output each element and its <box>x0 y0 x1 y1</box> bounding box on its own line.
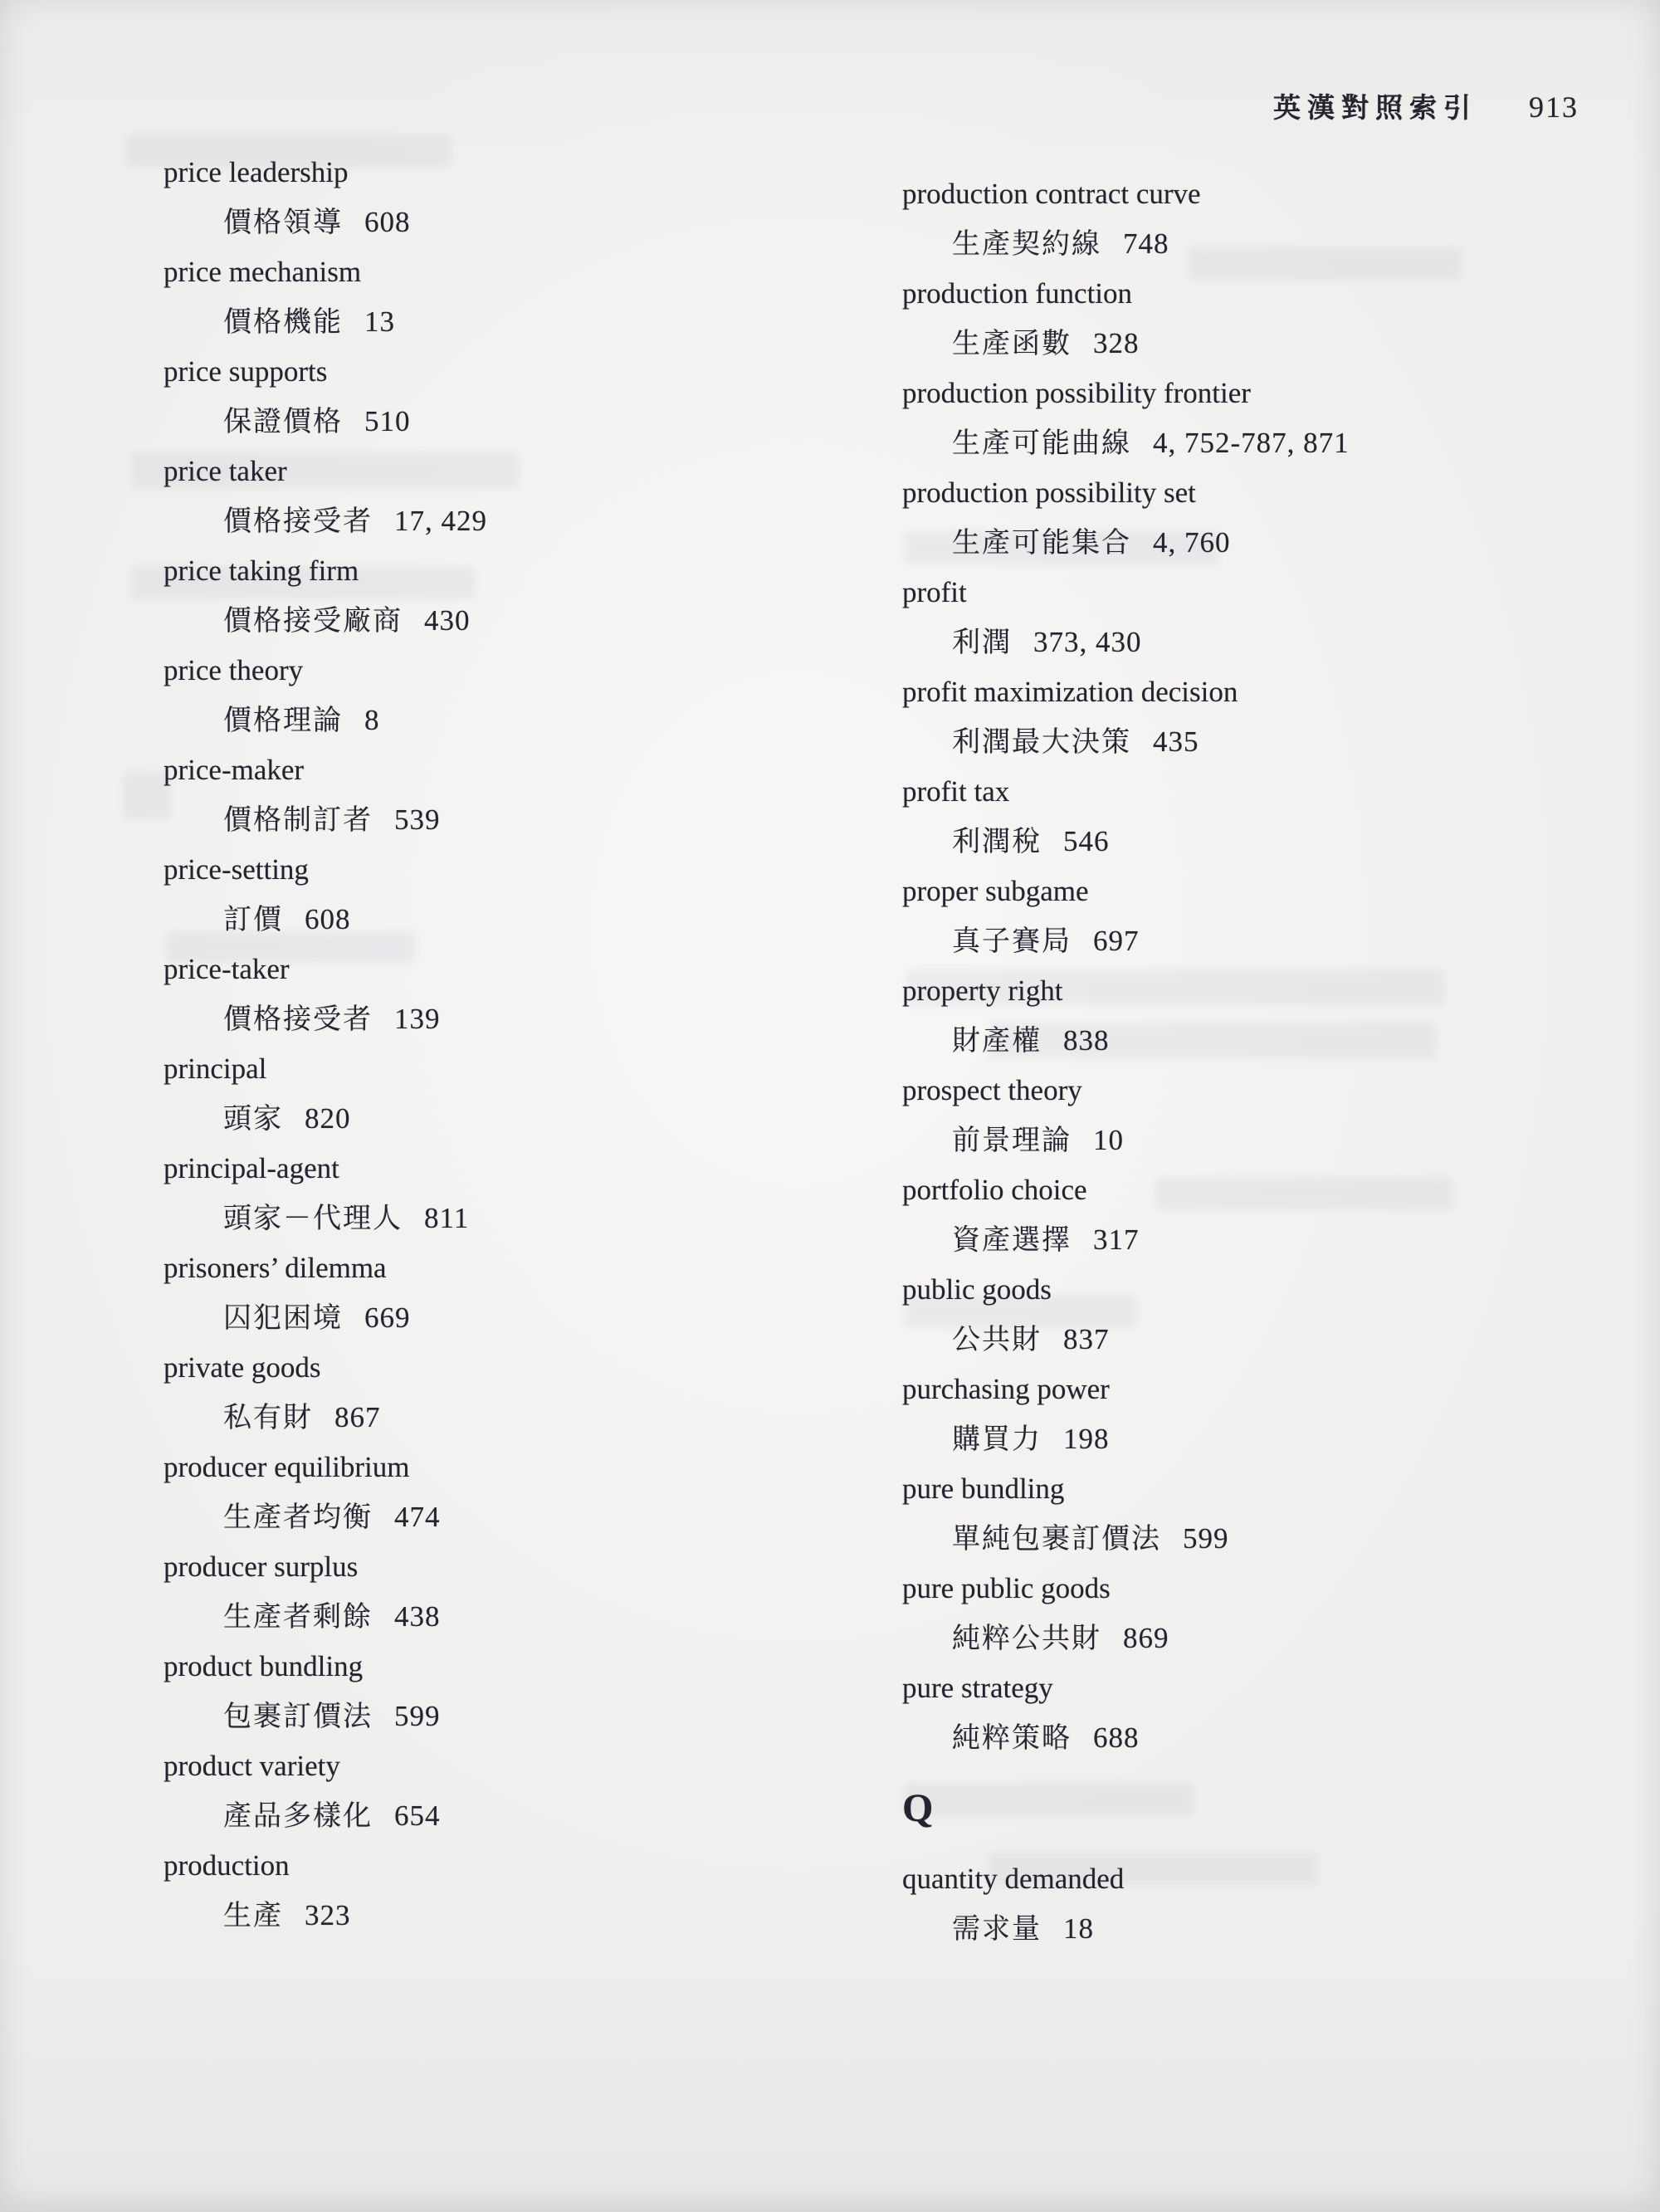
index-entry: proper subgame真子賽局697 <box>902 867 1633 966</box>
entry-translation-line: 購買力198 <box>902 1414 1633 1465</box>
entry-translation-line: 保證價格510 <box>164 397 828 447</box>
entry-translation-line: 價格制訂者539 <box>164 795 828 846</box>
entry-term: property right <box>902 966 1633 1016</box>
entry-translation-line: 利潤373, 430 <box>902 618 1633 668</box>
entry-term: quantity demanded <box>902 1854 1633 1904</box>
book-page: 英漢對照索引 913 price leadership價格領導608price … <box>0 0 1660 2212</box>
entry-term: price theory <box>164 646 828 696</box>
index-entry: principal頭家820 <box>164 1044 828 1144</box>
entry-term: proper subgame <box>902 867 1633 916</box>
entry-translation-line: 利潤稅546 <box>902 817 1633 867</box>
entry-translation: 需求量 <box>952 1914 1042 1945</box>
entry-term: price leadership <box>164 148 828 198</box>
entry-term: producer equilibrium <box>164 1443 828 1492</box>
entry-page-numbers: 430 <box>424 604 471 637</box>
entry-term: price taker <box>164 447 828 496</box>
entry-translation-line: 包裹訂價法599 <box>164 1692 828 1742</box>
index-entry: private goods私有財867 <box>164 1343 828 1443</box>
entry-term: principal <box>164 1044 828 1094</box>
index-entry: pure public goods純粹公共財869 <box>902 1564 1633 1663</box>
entry-page-numbers: 510 <box>364 405 411 437</box>
entry-translation: 真子賽局 <box>952 926 1072 957</box>
entry-page-numbers: 867 <box>334 1401 381 1433</box>
entry-page-numbers: 688 <box>1093 1721 1140 1754</box>
entry-term: production function <box>902 269 1633 319</box>
entry-translation: 保證價格 <box>223 407 343 437</box>
entry-translation: 頭家－代理人 <box>223 1204 403 1234</box>
entry-translation-line: 價格領導608 <box>164 198 828 248</box>
entry-translation: 生產函數 <box>952 329 1072 359</box>
index-entry: profit利潤373, 430 <box>902 568 1633 667</box>
entry-term: price supports <box>164 347 828 397</box>
entry-translation-line: 純粹公共財869 <box>902 1614 1633 1664</box>
index-column-left: price leadership價格領導608price mechanism價格… <box>164 148 828 1941</box>
entry-translation-line: 價格接受者17, 429 <box>164 496 828 547</box>
entry-page-numbers: 328 <box>1093 327 1140 359</box>
entry-translation: 價格制訂者 <box>223 805 373 836</box>
entry-translation: 單純包裹訂價法 <box>952 1524 1161 1555</box>
entry-page-numbers: 820 <box>305 1102 351 1135</box>
entry-translation: 生產 <box>223 1901 283 1931</box>
running-header-title: 英漢對照索引 <box>1273 86 1477 125</box>
index-entry: profit tax利潤稅546 <box>902 767 1633 867</box>
entry-translation-line: 前景理論10 <box>902 1116 1633 1166</box>
entry-translation-line: 價格接受廠商430 <box>164 596 828 647</box>
entry-translation: 純粹公共財 <box>952 1624 1101 1654</box>
entry-page-numbers: 546 <box>1063 825 1110 857</box>
entry-page-numbers: 748 <box>1123 227 1169 260</box>
entry-translation: 財產權 <box>952 1026 1042 1057</box>
entry-term: profit <box>902 568 1633 618</box>
index-entry: price theory價格理論8 <box>164 646 828 745</box>
entry-term: public goods <box>902 1265 1633 1315</box>
entry-term: profit maximization decision <box>902 667 1633 717</box>
entry-translation-line: 頭家－代理人811 <box>164 1194 828 1244</box>
entry-term: producer surplus <box>164 1542 828 1592</box>
entry-term: pure strategy <box>902 1663 1633 1713</box>
index-entry: purchasing power購買力198 <box>902 1365 1633 1464</box>
entry-translation-line: 價格理論8 <box>164 696 828 746</box>
entry-translation-line: 價格接受者139 <box>164 994 828 1045</box>
entry-page-numbers: 599 <box>394 1700 441 1732</box>
entry-page-numbers: 323 <box>305 1899 351 1931</box>
index-entry: price taker價格接受者17, 429 <box>164 447 828 546</box>
index-entry: principal-agent頭家－代理人811 <box>164 1144 828 1243</box>
entry-term: price-taker <box>164 945 828 994</box>
entry-translation-line: 生產函數328 <box>902 319 1633 369</box>
index-entry: public goods公共財837 <box>902 1265 1633 1365</box>
entry-translation: 價格理論 <box>223 706 343 736</box>
entry-translation-line: 私有財867 <box>164 1393 828 1443</box>
entry-term: prospect theory <box>902 1066 1633 1116</box>
index-entry: price mechanism價格機能13 <box>164 247 828 347</box>
entry-page-numbers: 697 <box>1093 925 1140 957</box>
page-number: 913 <box>1529 90 1579 125</box>
entry-translation: 購買力 <box>952 1424 1042 1455</box>
entry-page-numbers: 837 <box>1063 1323 1110 1355</box>
entry-translation-line: 真子賽局697 <box>902 916 1633 967</box>
index-entry: pure bundling單純包裹訂價法599 <box>902 1464 1633 1564</box>
entry-translation-line: 生產323 <box>164 1891 828 1941</box>
index-entry: price-taker價格接受者139 <box>164 945 828 1044</box>
index-entry: portfolio choice資產選擇317 <box>902 1165 1633 1265</box>
entry-translation-line: 利潤最大決策435 <box>902 717 1633 768</box>
entry-page-numbers: 4, 752-787, 871 <box>1153 427 1350 459</box>
entry-translation: 利潤稅 <box>952 827 1042 857</box>
index-entry: property right財產權838 <box>902 966 1633 1066</box>
entry-translation: 囚犯困境 <box>223 1303 343 1334</box>
entry-term: profit tax <box>902 767 1633 817</box>
entry-page-numbers: 17, 429 <box>394 505 487 537</box>
entry-page-numbers: 435 <box>1153 725 1199 758</box>
index-entry: producer surplus生產者剩餘438 <box>164 1542 828 1642</box>
index-entry: pure strategy純粹策略688 <box>902 1663 1633 1763</box>
entry-translation-line: 資產選擇317 <box>902 1215 1633 1266</box>
entry-translation: 價格接受者 <box>223 506 373 537</box>
entry-translation-line: 生產契約線748 <box>902 219 1633 270</box>
entry-page-numbers: 608 <box>364 206 411 238</box>
index-entry: price leadership價格領導608 <box>164 148 828 247</box>
index-entry: product variety產品多樣化654 <box>164 1741 828 1841</box>
entry-term: price-maker <box>164 745 828 795</box>
index-entry: production function生產函數328 <box>902 269 1633 369</box>
entry-translation: 生產者均衡 <box>223 1502 373 1533</box>
entry-translation-line: 單純包裹訂價法599 <box>902 1514 1633 1565</box>
entry-translation: 生產可能曲線 <box>952 428 1131 459</box>
entry-translation-line: 公共財837 <box>902 1315 1633 1365</box>
entry-page-numbers: 4, 760 <box>1153 526 1231 559</box>
index-entry: price-maker價格制訂者539 <box>164 745 828 845</box>
index-entry: product bundling包裹訂價法599 <box>164 1642 828 1741</box>
index-entry: price-setting訂價608 <box>164 845 828 945</box>
entry-translation: 價格接受者 <box>223 1004 373 1035</box>
entry-translation: 生產可能集合 <box>952 528 1131 559</box>
entry-page-numbers: 654 <box>394 1799 441 1832</box>
entry-term: price-setting <box>164 845 828 895</box>
entry-translation: 生產契約線 <box>952 229 1101 260</box>
entry-term: private goods <box>164 1343 828 1393</box>
entry-page-numbers: 599 <box>1183 1522 1229 1555</box>
entry-translation: 利潤 <box>952 627 1012 658</box>
entry-term: principal-agent <box>164 1144 828 1194</box>
entry-translation: 訂價 <box>223 905 283 935</box>
entry-translation-line: 需求量18 <box>902 1904 1633 1955</box>
section-header-Q: Q <box>902 1778 1633 1839</box>
entry-term: product bundling <box>164 1642 828 1692</box>
index-entry: quantity demanded需求量18 <box>902 1854 1633 1954</box>
entry-page-numbers: 438 <box>394 1600 441 1633</box>
running-header: 英漢對照索引 913 <box>1273 86 1579 125</box>
entry-term: production contract curve <box>902 169 1633 219</box>
entry-page-numbers: 838 <box>1063 1024 1110 1057</box>
entry-page-numbers: 869 <box>1123 1622 1169 1654</box>
index-entry: production possibility set生產可能集合4, 760 <box>902 468 1633 568</box>
index-column-right: production contract curve生產契約線748product… <box>902 169 1633 1954</box>
entry-page-numbers: 10 <box>1093 1124 1124 1156</box>
entry-page-numbers: 539 <box>394 803 441 836</box>
index-entry: prisoners’ dilemma囚犯困境669 <box>164 1243 828 1343</box>
entry-page-numbers: 317 <box>1093 1223 1140 1256</box>
entry-page-numbers: 811 <box>424 1202 469 1234</box>
entry-translation-line: 生產者均衡474 <box>164 1492 828 1543</box>
entry-translation-line: 純粹策略688 <box>902 1713 1633 1764</box>
entry-translation: 利潤最大決策 <box>952 727 1131 758</box>
entry-translation-line: 頭家820 <box>164 1094 828 1145</box>
entry-translation: 生產者剩餘 <box>223 1602 373 1633</box>
entry-translation: 價格機能 <box>223 307 343 338</box>
index-entry: production possibility frontier生產可能曲線4, … <box>902 369 1633 468</box>
entry-translation: 公共財 <box>952 1325 1042 1355</box>
entry-term: purchasing power <box>902 1365 1633 1414</box>
index-entry: prospect theory前景理論10 <box>902 1066 1633 1165</box>
entry-translation-line: 訂價608 <box>164 895 828 945</box>
entry-term: prisoners’ dilemma <box>164 1243 828 1293</box>
entry-translation: 產品多樣化 <box>223 1801 373 1832</box>
entry-translation-line: 財產權838 <box>902 1016 1633 1067</box>
entry-page-numbers: 608 <box>305 903 351 935</box>
entry-page-numbers: 474 <box>394 1501 441 1533</box>
entry-page-numbers: 8 <box>364 704 380 736</box>
entry-page-numbers: 198 <box>1063 1423 1110 1455</box>
entry-term: production <box>164 1841 828 1891</box>
index-entry: profit maximization decision利潤最大決策435 <box>902 667 1633 767</box>
entry-translation: 前景理論 <box>952 1126 1072 1156</box>
entry-translation-line: 價格機能13 <box>164 297 828 348</box>
entry-translation: 頭家 <box>223 1104 283 1135</box>
entry-term: pure bundling <box>902 1464 1633 1514</box>
entry-page-numbers: 139 <box>394 1003 441 1035</box>
entry-term: pure public goods <box>902 1564 1633 1614</box>
entry-term: portfolio choice <box>902 1165 1633 1215</box>
entry-translation: 資產選擇 <box>952 1225 1072 1256</box>
entry-translation-line: 囚犯困境669 <box>164 1293 828 1344</box>
entry-translation-line: 生產者剩餘438 <box>164 1592 828 1643</box>
entry-translation-line: 生產可能集合4, 760 <box>902 518 1633 569</box>
entry-translation: 私有財 <box>223 1403 313 1433</box>
entry-translation: 包裹訂價法 <box>223 1702 373 1732</box>
entry-translation-line: 產品多樣化654 <box>164 1791 828 1842</box>
entry-term: production possibility set <box>902 468 1633 518</box>
entry-page-numbers: 18 <box>1063 1912 1094 1945</box>
index-entry: producer equilibrium生產者均衡474 <box>164 1443 828 1542</box>
entry-page-numbers: 373, 430 <box>1033 626 1142 658</box>
entry-translation: 純粹策略 <box>952 1723 1072 1754</box>
index-entry: price taking firm價格接受廠商430 <box>164 546 828 646</box>
entry-term: production possibility frontier <box>902 369 1633 418</box>
entry-translation: 價格接受廠商 <box>223 606 403 637</box>
index-entry: production contract curve生產契約線748 <box>902 169 1633 269</box>
index-entry: production生產323 <box>164 1841 828 1941</box>
entry-page-numbers: 669 <box>364 1301 411 1334</box>
entry-term: price mechanism <box>164 247 828 297</box>
index-entry: price supports保證價格510 <box>164 347 828 447</box>
entry-translation-line: 生產可能曲線4, 752-787, 871 <box>902 418 1633 469</box>
entry-page-numbers: 13 <box>364 305 395 338</box>
entry-term: price taking firm <box>164 546 828 596</box>
entry-term: product variety <box>164 1741 828 1791</box>
entry-translation: 價格領導 <box>223 208 343 238</box>
